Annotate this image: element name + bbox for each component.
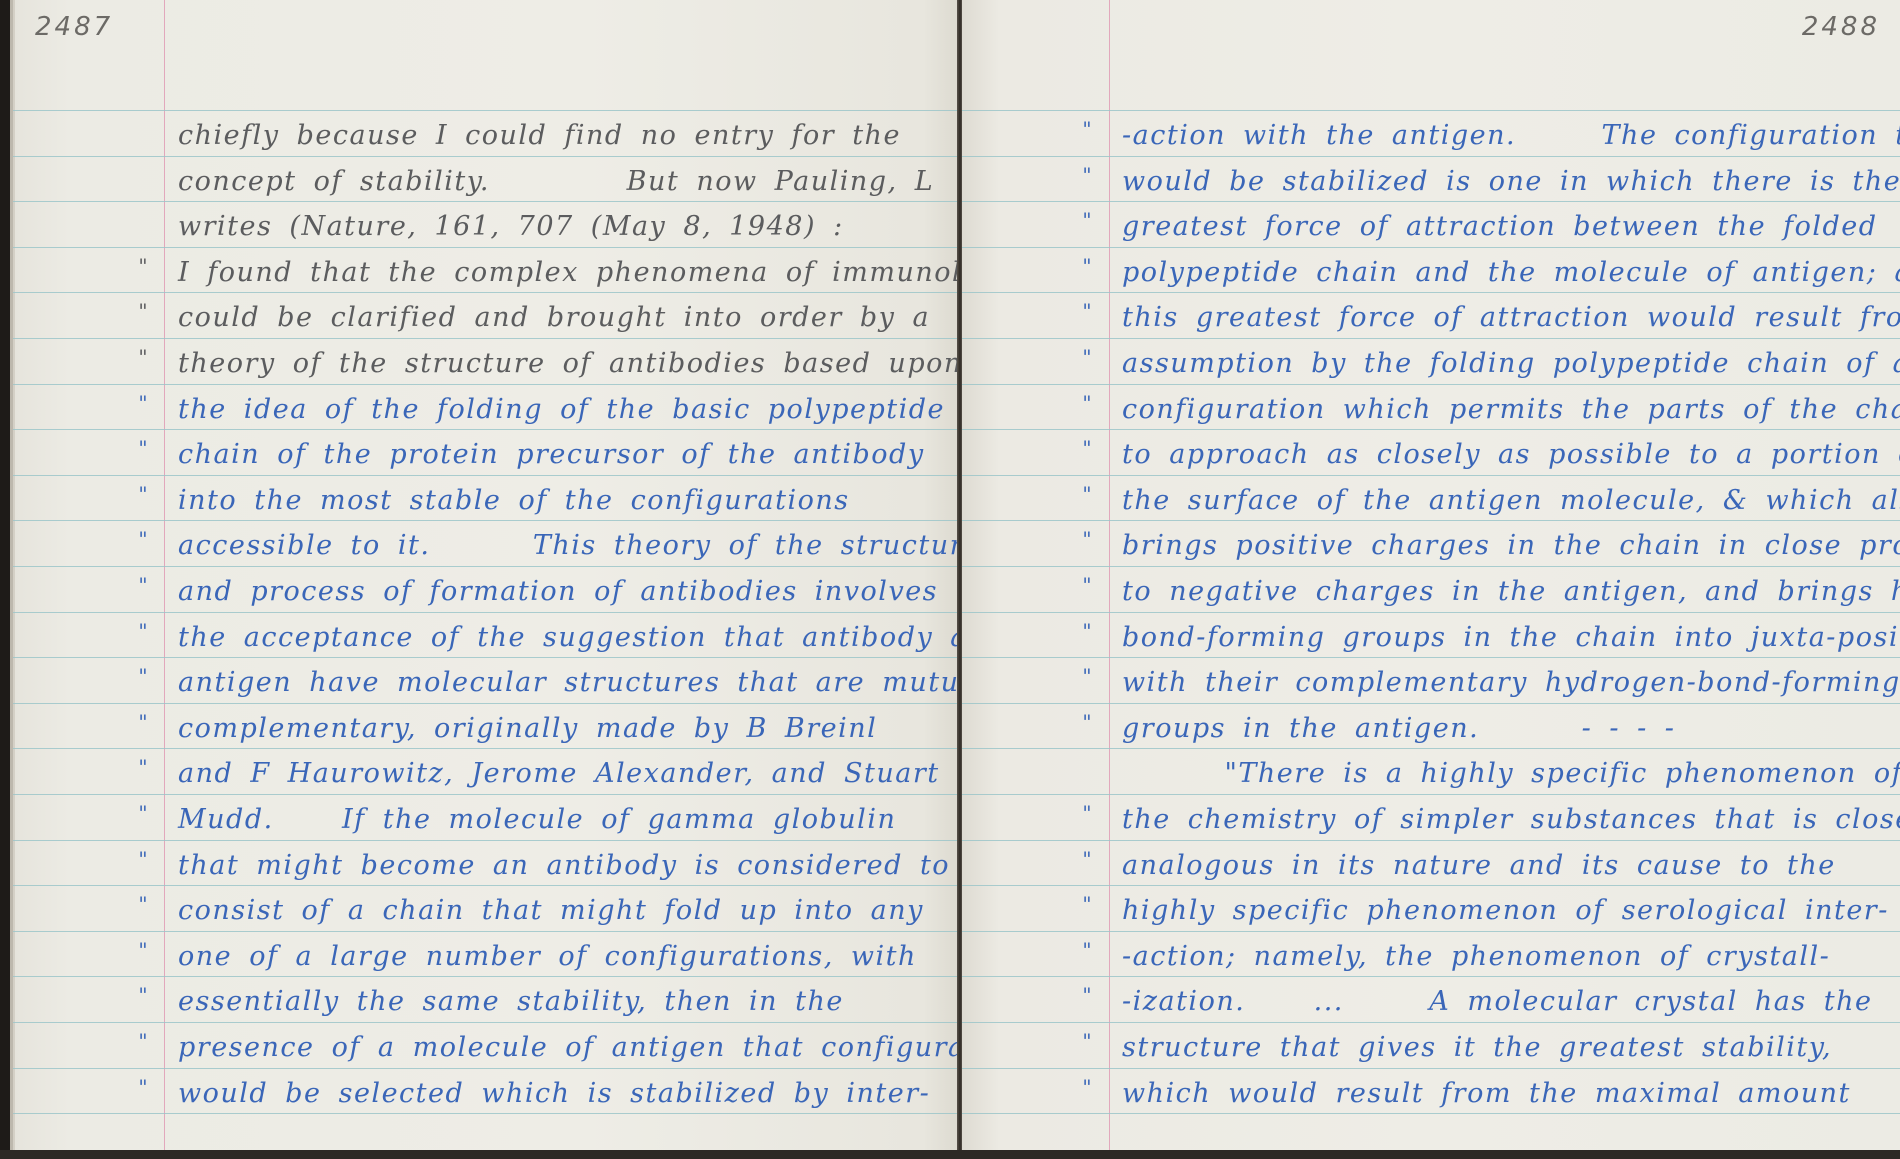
- ditto-mark: ": [133, 844, 153, 874]
- handwritten-line: complementary, originally made by B Brei…: [178, 709, 877, 749]
- handwritten-line: Mudd. If the molecule of gamma globulin: [178, 800, 896, 840]
- handwritten-line: -action; namely, the phenomenon of cryst…: [1122, 937, 1830, 977]
- ditto-mark: ": [1077, 889, 1097, 919]
- handwritten-line: the chemistry of simpler substances that…: [1122, 800, 1900, 840]
- ditto-mark: ": [133, 296, 153, 326]
- ditto-mark: ": [133, 251, 153, 281]
- handwritten-line: would be selected which is stabilized by…: [178, 1074, 930, 1114]
- ditto-mark: ": [1077, 114, 1097, 144]
- ditto-mark: ": [1077, 205, 1097, 235]
- handwritten-line: bond-forming groups in the chain into ju…: [1122, 618, 1900, 658]
- ditto-mark: ": [1077, 616, 1097, 646]
- ditto-mark: ": [1077, 251, 1097, 281]
- ditto-mark: ": [133, 388, 153, 418]
- handwritten-line: I found that the complex phenomena of im…: [178, 253, 961, 293]
- page-bottom-edge: [0, 1150, 1900, 1159]
- handwritten-line: which would result from the maximal amou…: [1122, 1074, 1851, 1114]
- ditto-mark: ": [1077, 433, 1097, 463]
- ditto-mark: ": [1077, 570, 1097, 600]
- handwritten-line: theory of the structure of antibodies ba…: [178, 344, 961, 384]
- handwritten-line: assumption by the folding polypeptide ch…: [1122, 344, 1900, 384]
- ditto-mark: ": [1077, 980, 1097, 1010]
- handwritten-line: this greatest force of attraction would …: [1122, 298, 1900, 338]
- handwritten-line: -ization. ... A molecular crystal has th…: [1122, 982, 1873, 1022]
- handwritten-line: presence of a molecule of antigen that c…: [178, 1028, 961, 1068]
- ditto-mark: ": [133, 707, 153, 737]
- ditto-mark: ": [133, 889, 153, 919]
- handwritten-line: accessible to it. This theory of the str…: [178, 526, 961, 566]
- ditto-mark: ": [133, 661, 153, 691]
- ditto-mark: [133, 160, 153, 190]
- handwritten-line: "There is a highly specific phenomenon o…: [1122, 754, 1900, 794]
- ditto-mark: ": [1077, 1072, 1097, 1102]
- handwritten-line: highly specific phenomenon of serologica…: [1122, 891, 1889, 931]
- ditto-mark: ": [1077, 935, 1097, 965]
- margin-line: [1109, 0, 1110, 1152]
- ruled-line: [13, 110, 961, 111]
- ditto-mark: ": [1077, 1026, 1097, 1056]
- ditto-mark: [133, 114, 153, 144]
- handwritten-line: the acceptance of the suggestion that an…: [178, 618, 961, 658]
- ditto-mark: ": [133, 752, 153, 782]
- handwritten-line: and F Haurowitz, Jerome Alexander, and S…: [178, 754, 940, 794]
- ditto-mark: ": [1077, 524, 1097, 554]
- handwritten-line: would be stabilized is one in which ther…: [1122, 162, 1900, 202]
- ditto-mark: ": [133, 433, 153, 463]
- ditto-mark: ": [1077, 844, 1097, 874]
- margin-line: [164, 0, 165, 1152]
- right-page: 2488 "-action with the antigen. The conf…: [962, 0, 1900, 1152]
- notebook-cover-edge: [0, 0, 10, 1159]
- handwritten-line: one of a large number of configurations,…: [178, 937, 917, 977]
- handwritten-line: to approach as closely as possible to a …: [1122, 435, 1900, 475]
- handwritten-line: chiefly because I could find no entry fo…: [178, 116, 901, 156]
- ruled-line: [962, 110, 1900, 111]
- ditto-mark: ": [1077, 798, 1097, 828]
- notebook-spread: 2487 chiefly because I could find no ent…: [0, 0, 1900, 1159]
- handwritten-line: configuration which permits the parts of…: [1122, 390, 1900, 430]
- handwritten-line: concept of stability. But now Pauling, L: [178, 162, 934, 202]
- left-page: 2487 chiefly because I could find no ent…: [10, 0, 961, 1152]
- page-number: 2488: [1802, 12, 1880, 42]
- handwritten-line: greatest force of attraction between the…: [1122, 207, 1878, 247]
- handwritten-line: polypeptide chain and the molecule of an…: [1122, 253, 1900, 293]
- handwritten-line: antigen have molecular structures that a…: [178, 663, 961, 703]
- handwritten-line: the surface of the antigen molecule, & w…: [1122, 481, 1900, 521]
- handwritten-line: chain of the protein precursor of the an…: [178, 435, 925, 475]
- ditto-mark: ": [133, 1026, 153, 1056]
- ditto-mark: ": [133, 798, 153, 828]
- handwritten-line: that might become an antibody is conside…: [178, 846, 950, 886]
- ditto-mark: ": [133, 570, 153, 600]
- ditto-mark: ": [133, 524, 153, 554]
- handwritten-line: into the most stable of the configuratio…: [178, 481, 850, 521]
- handwritten-line: to negative charges in the antigen, and …: [1122, 572, 1900, 612]
- ditto-mark: ": [1077, 388, 1097, 418]
- handwritten-line: the idea of the folding of the basic pol…: [178, 390, 945, 430]
- ditto-mark: ": [1077, 661, 1097, 691]
- ditto-mark: ": [1077, 707, 1097, 737]
- handwritten-line: consist of a chain that might fold up in…: [178, 891, 924, 931]
- ditto-mark: ": [133, 1072, 153, 1102]
- ditto-mark: ": [1077, 160, 1097, 190]
- page-number: 2487: [35, 12, 113, 42]
- handwritten-line: brings positive charges in the chain in …: [1122, 526, 1900, 566]
- handwritten-line: and process of formation of antibodies i…: [178, 572, 938, 612]
- ditto-mark: ": [1077, 479, 1097, 509]
- handwritten-line: groups in the antigen. - - - -: [1122, 709, 1675, 749]
- ditto-mark: [1077, 752, 1097, 782]
- ditto-mark: ": [133, 479, 153, 509]
- handwritten-line: analogous in its nature and its cause to…: [1122, 846, 1836, 886]
- ditto-mark: [133, 205, 153, 235]
- handwritten-line: writes (Nature, 161, 707 (May 8, 1948) :: [178, 207, 844, 247]
- handwritten-line: structure that gives it the greatest sta…: [1122, 1028, 1832, 1068]
- ditto-mark: ": [133, 342, 153, 372]
- handwritten-line: -action with the antigen. The configurat…: [1122, 116, 1900, 156]
- ditto-mark: ": [1077, 296, 1097, 326]
- ditto-mark: ": [133, 980, 153, 1010]
- ditto-mark: ": [133, 935, 153, 965]
- ditto-mark: ": [133, 616, 153, 646]
- handwritten-line: essentially the same stability, then in …: [178, 982, 844, 1022]
- handwritten-line: could be clarified and brought into orde…: [178, 298, 930, 338]
- ditto-mark: ": [1077, 342, 1097, 372]
- handwritten-line: with their complementary hydrogen-bond-f…: [1122, 663, 1900, 703]
